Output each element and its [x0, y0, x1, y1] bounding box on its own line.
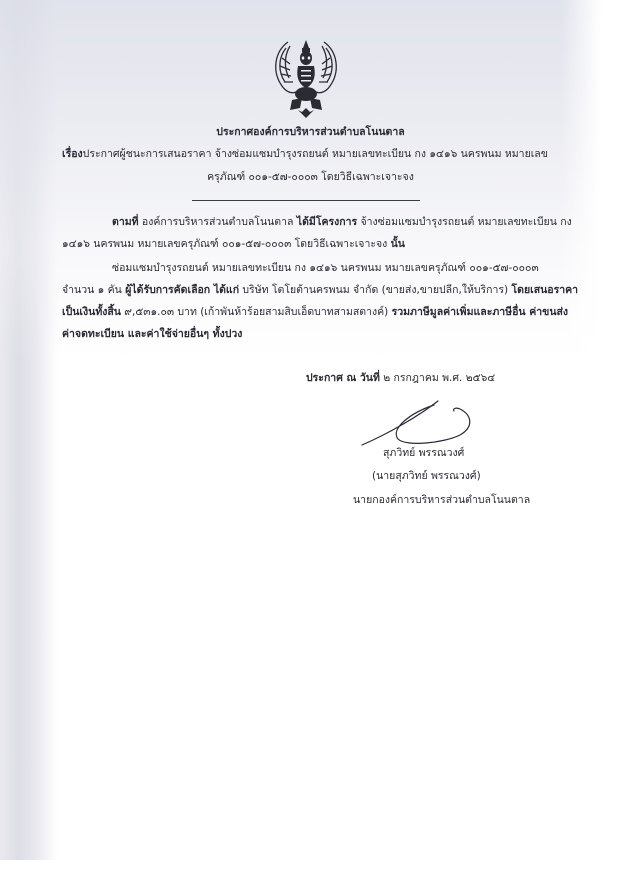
para2-line3-bold: เป็นเงินทั้งสิ้น	[62, 306, 121, 318]
para2-line2-a: จำนวน ๑ คัน	[62, 284, 125, 296]
para2-line2-bold: ผู้ได้รับการคัดเลือก ได้แก่	[125, 284, 239, 296]
header-divider	[192, 200, 420, 201]
signer-name: สุภวิทย์ พรรณวงศ์	[383, 446, 464, 460]
para2-line3-a: ๙,๕๓๑.๐๓ บาท (เก้าพันห้าร้อยสามสิบเอ็ดบา…	[121, 306, 392, 318]
subject-line-1: เรื่องประกาศผู้ชนะการเสนอราคา จ้างซ่อมแซ…	[62, 147, 548, 161]
subject-text-1: ประกาศผู้ชนะการเสนอราคา จ้างซ่อมแซมบำรุง…	[83, 148, 548, 160]
announcement-date: ประกาศ ณ วันที่ ๒ กรกฎาคม พ.ศ. ๒๕๖๔	[306, 371, 495, 385]
subject-line-2: ครุภัณฑ์ ๐๐๑-๕๗-๐๐๐๓ โดยวิธีเฉพาะเจาะจง	[0, 170, 621, 184]
para1-text-a: องค์การบริหารส่วนตำบลโนนตาล	[139, 216, 297, 228]
para1-line2: ๑๔๑๖ นครพนม หมายเลขครุภัณฑ์ ๐๐๑-๕๗-๐๐๐๓ …	[62, 237, 405, 251]
para2-line2-b: บริษัท โตโยต้านครพนม จำกัด (ขายส่ง,ขายปล…	[239, 284, 511, 296]
para1-line2-bold: นั้น	[391, 238, 405, 250]
organization-title: ประกาศองค์การบริหารส่วนตำบลโนนตาล	[0, 125, 621, 139]
garuda-emblem-icon	[268, 38, 344, 120]
page-bottom	[0, 860, 621, 878]
para1-text-c: จ้างซ่อมแซมบำรุงรถยนต์ หมายเลขทะเบียน กง	[357, 216, 572, 228]
para1-line1: ตามที่ องค์การบริหารส่วนตำบลโนนตาล ได้มี…	[112, 215, 572, 229]
announce-date-text: ๒ กรกฎาคม พ.ศ. ๒๕๖๔	[380, 372, 495, 384]
para1-bold-b: ได้มีโครงการ	[297, 216, 357, 228]
para2-line3: เป็นเงินทั้งสิ้น ๙,๕๓๑.๐๓ บาท (เก้าพันห้…	[62, 305, 568, 319]
para2-line2-bold2: โดยเสนอราคา	[512, 284, 579, 296]
signer-position: นายกองค์การบริหารส่วนตำบลโนนตาล	[353, 493, 530, 507]
subject-label: เรื่อง	[62, 148, 83, 160]
para1-lead: ตามที่	[112, 216, 139, 228]
announce-label: ประกาศ ณ วันที่	[306, 372, 380, 384]
para2-line4: ค่าจดทะเบียน และค่าใช้จ่ายอื่นๆ ทั้งปวง	[62, 327, 242, 341]
para2-line1: ซ่อมแซมบำรุงรถยนต์ หมายเลขทะเบียน กง ๑๔๑…	[112, 261, 539, 275]
para1-line2-text: ๑๔๑๖ นครพนม หมายเลขครุภัณฑ์ ๐๐๑-๕๗-๐๐๐๓ …	[62, 238, 391, 250]
para2-line3-bold2: รวมภาษีมูลค่าเพิ่มและภาษีอื่น ค่าขนส่ง	[392, 306, 568, 318]
signer-full-name: (นายสุภวิทย์ พรรณวงศ์)	[372, 469, 481, 483]
para2-line2: จำนวน ๑ คัน ผู้ได้รับการคัดเลือก ได้แก่ …	[62, 283, 578, 297]
